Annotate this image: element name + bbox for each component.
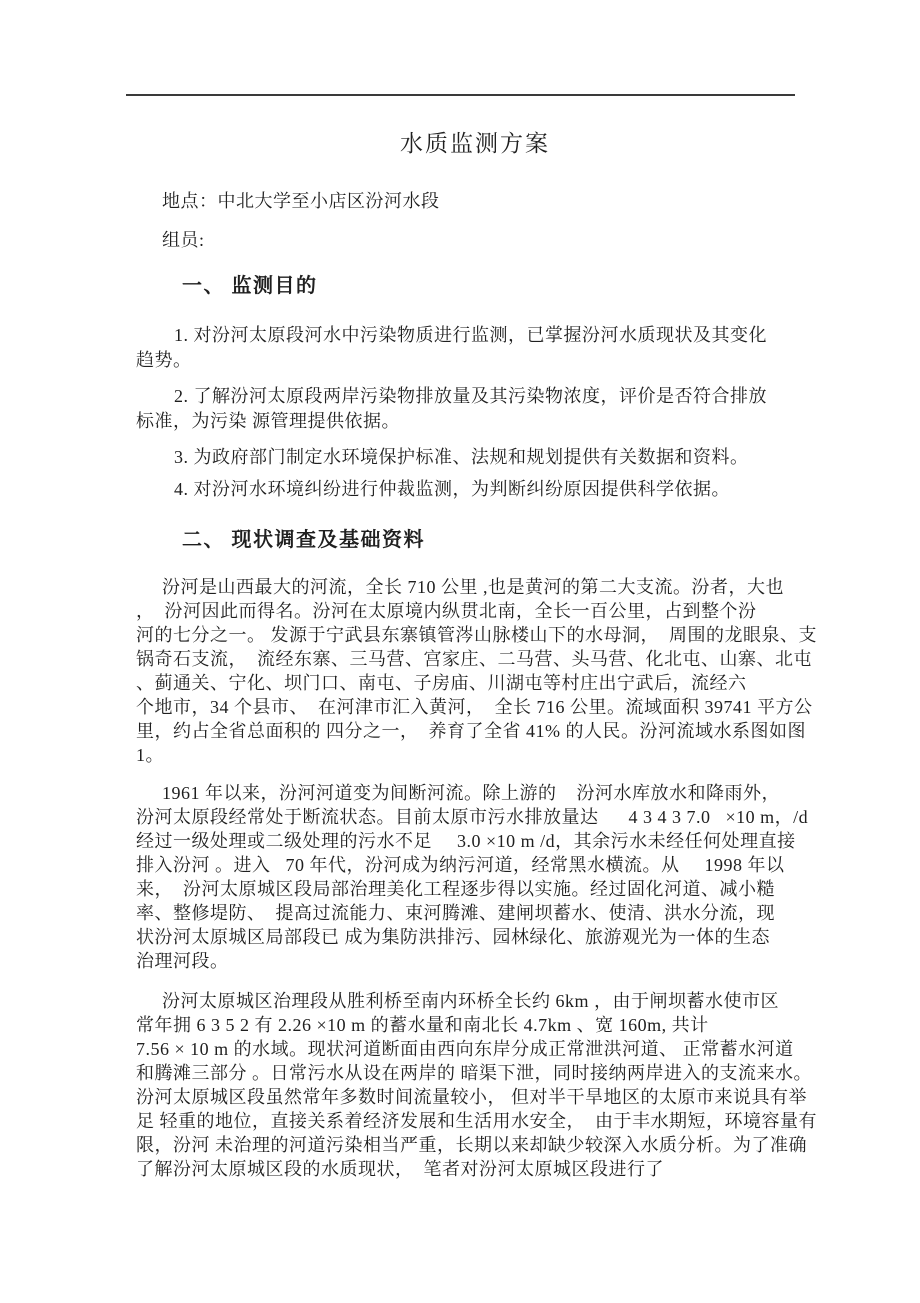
text-line: 足 轻重的地位，直接关系着经济发展和生活用水安全， 由于丰水期短，环境容量有 bbox=[136, 1109, 796, 1133]
text-line: ， 汾河因此而得名。汾河在太原境内纵贯北南，全长一百公里，占到整个汾 bbox=[136, 599, 796, 623]
text-line: 汾河太原城区段虽然常年多数时间流量较小， 但对半干旱地区的太原市来说具有举 bbox=[136, 1085, 796, 1109]
text-line: 1961 年以来，汾河河道变为间断河流。除上游的 汾河水库放水和降雨外， bbox=[136, 781, 796, 805]
text-line: 里，约占全省总面积的 四分之一， 养育了全省 41% 的人民。汾河流域水系图如图 bbox=[136, 719, 796, 743]
text-line: 汾河是山西最大的河流，全长 710 公里 ,也是黄河的第二大支流。汾者，大也 bbox=[136, 575, 796, 599]
document-page: 水质监测方案 地点：中北大学至小店区汾河水段 组员: 一、 监测目的 1. 对汾… bbox=[0, 0, 920, 1303]
text-line: 锅奇石支流， 流经东寨、三马营、宫家庄、二马营、头马营、化北屯、山寨、北屯 bbox=[136, 647, 796, 671]
header-rule bbox=[126, 94, 795, 96]
text-line: 1. 对汾河太原段河水中污染物质进行监测，已掌握汾河水质现状及其变化 bbox=[136, 323, 796, 348]
text-line: 标准，为污染 源管理提供依据。 bbox=[136, 409, 796, 434]
text-line: 限，汾河 未治理的河道污染相当严重，长期以来却缺少较深入水质分析。为了准确 bbox=[136, 1133, 796, 1157]
paragraph-history-pollution: 1961 年以来，汾河河道变为间断河流。除上游的 汾河水库放水和降雨外， 汾河太… bbox=[136, 781, 796, 973]
members-line: 组员: bbox=[136, 228, 796, 253]
objective-item-1: 1. 对汾河太原段河水中污染物质进行监测，已掌握汾河水质现状及其变化 趋势。 bbox=[136, 323, 796, 373]
text-line: 汾河太原段经常处于断流状态。目前太原市污水排放量达 4 3 4 3 7.0 ×1… bbox=[136, 805, 796, 829]
location-line: 地点：中北大学至小店区汾河水段 bbox=[136, 189, 796, 214]
text-line: 常年拥 6 3 5 2 有 2.26 ×10 m 的蓄水量和南北长 4.7km … bbox=[136, 1013, 796, 1037]
text-line: 汾河太原城区治理段从胜利桥至南内环桥全长约 6km ，由于闸坝蓄水使市区 bbox=[136, 989, 796, 1013]
document-body: 水质监测方案 地点：中北大学至小店区汾河水段 组员: 一、 监测目的 1. 对汾… bbox=[136, 129, 796, 1181]
text-line: 河的七分之一。 发源于宁武县东寨镇管涔山脉楼山下的水母洞， 周围的龙眼泉、支 bbox=[136, 623, 796, 647]
paragraph-city-section: 汾河太原城区治理段从胜利桥至南内环桥全长约 6km ，由于闸坝蓄水使市区 常年拥… bbox=[136, 989, 796, 1181]
text-line: 趋势。 bbox=[136, 348, 796, 373]
text-line: 和腾滩三部分 。日常污水从设在两岸的 暗渠下泄，同时接纳两岸进入的支流来水。 bbox=[136, 1061, 796, 1085]
text-line: 7.56 × 10 m 的水域。现状河道断面由西向东岸分成正常泄洪河道、 正常蓄… bbox=[136, 1037, 796, 1061]
text-line: 来， 汾河太原城区段局部治理美化工程逐步得以实施。经过固化河道、减小糙 bbox=[136, 877, 796, 901]
document-title: 水质监测方案 bbox=[136, 129, 796, 159]
text-line: 了解汾河太原城区段的水质现状， 笔者对汾河太原城区段进行了 bbox=[136, 1157, 796, 1181]
text-line: 个地市，34 个县市、 在河津市汇入黄河， 全长 716 公里。流域面积 397… bbox=[136, 695, 796, 719]
text-line: 经过一级处理或二级处理的污水不足 3.0 ×10 m /d，其余污水未经任何处理… bbox=[136, 829, 796, 853]
text-line: 3. 为政府部门制定水环境保护标准、法规和规划提供有关数据和资料。 bbox=[136, 445, 796, 470]
text-line: 治理河段。 bbox=[136, 949, 796, 973]
text-line: 、蓟通关、宁化、坝门口、南屯、子房庙、川湖屯等村庄出宁武后，流经六 bbox=[136, 671, 796, 695]
text-line: 率、整修堤防、 提高过流能力、束河腾滩、建闸坝蓄水、使清、洪水分流，现 bbox=[136, 901, 796, 925]
text-line: 4. 对汾河水环境纠纷进行仲裁监测，为判断纠纷原因提供科学依据。 bbox=[136, 477, 796, 502]
text-line: 2. 了解汾河太原段两岸污染物排放量及其污染物浓度，评价是否符合排放 bbox=[136, 384, 796, 409]
paragraph-river-overview: 汾河是山西最大的河流，全长 710 公里 ,也是黄河的第二大支流。汾者，大也 ，… bbox=[136, 575, 796, 767]
section-1-heading: 一、 监测目的 bbox=[136, 273, 796, 299]
objective-item-2: 2. 了解汾河太原段两岸污染物排放量及其污染物浓度，评价是否符合排放 标准，为污… bbox=[136, 384, 796, 434]
text-line: 状汾河太原城区局部段已 成为集防洪排污、园林绿化、旅游观光为一体的生态 bbox=[136, 925, 796, 949]
text-line: 排入汾河 。进入 70 年代，汾河成为纳污河道，经常黑水横流。从 1998 年以 bbox=[136, 853, 796, 877]
objective-item-4: 4. 对汾河水环境纠纷进行仲裁监测，为判断纠纷原因提供科学依据。 bbox=[136, 477, 796, 502]
objective-item-3: 3. 为政府部门制定水环境保护标准、法规和规划提供有关数据和资料。 bbox=[136, 445, 796, 470]
section-2-heading: 二、 现状调查及基础资料 bbox=[136, 527, 796, 553]
text-line: 1。 bbox=[136, 743, 796, 767]
